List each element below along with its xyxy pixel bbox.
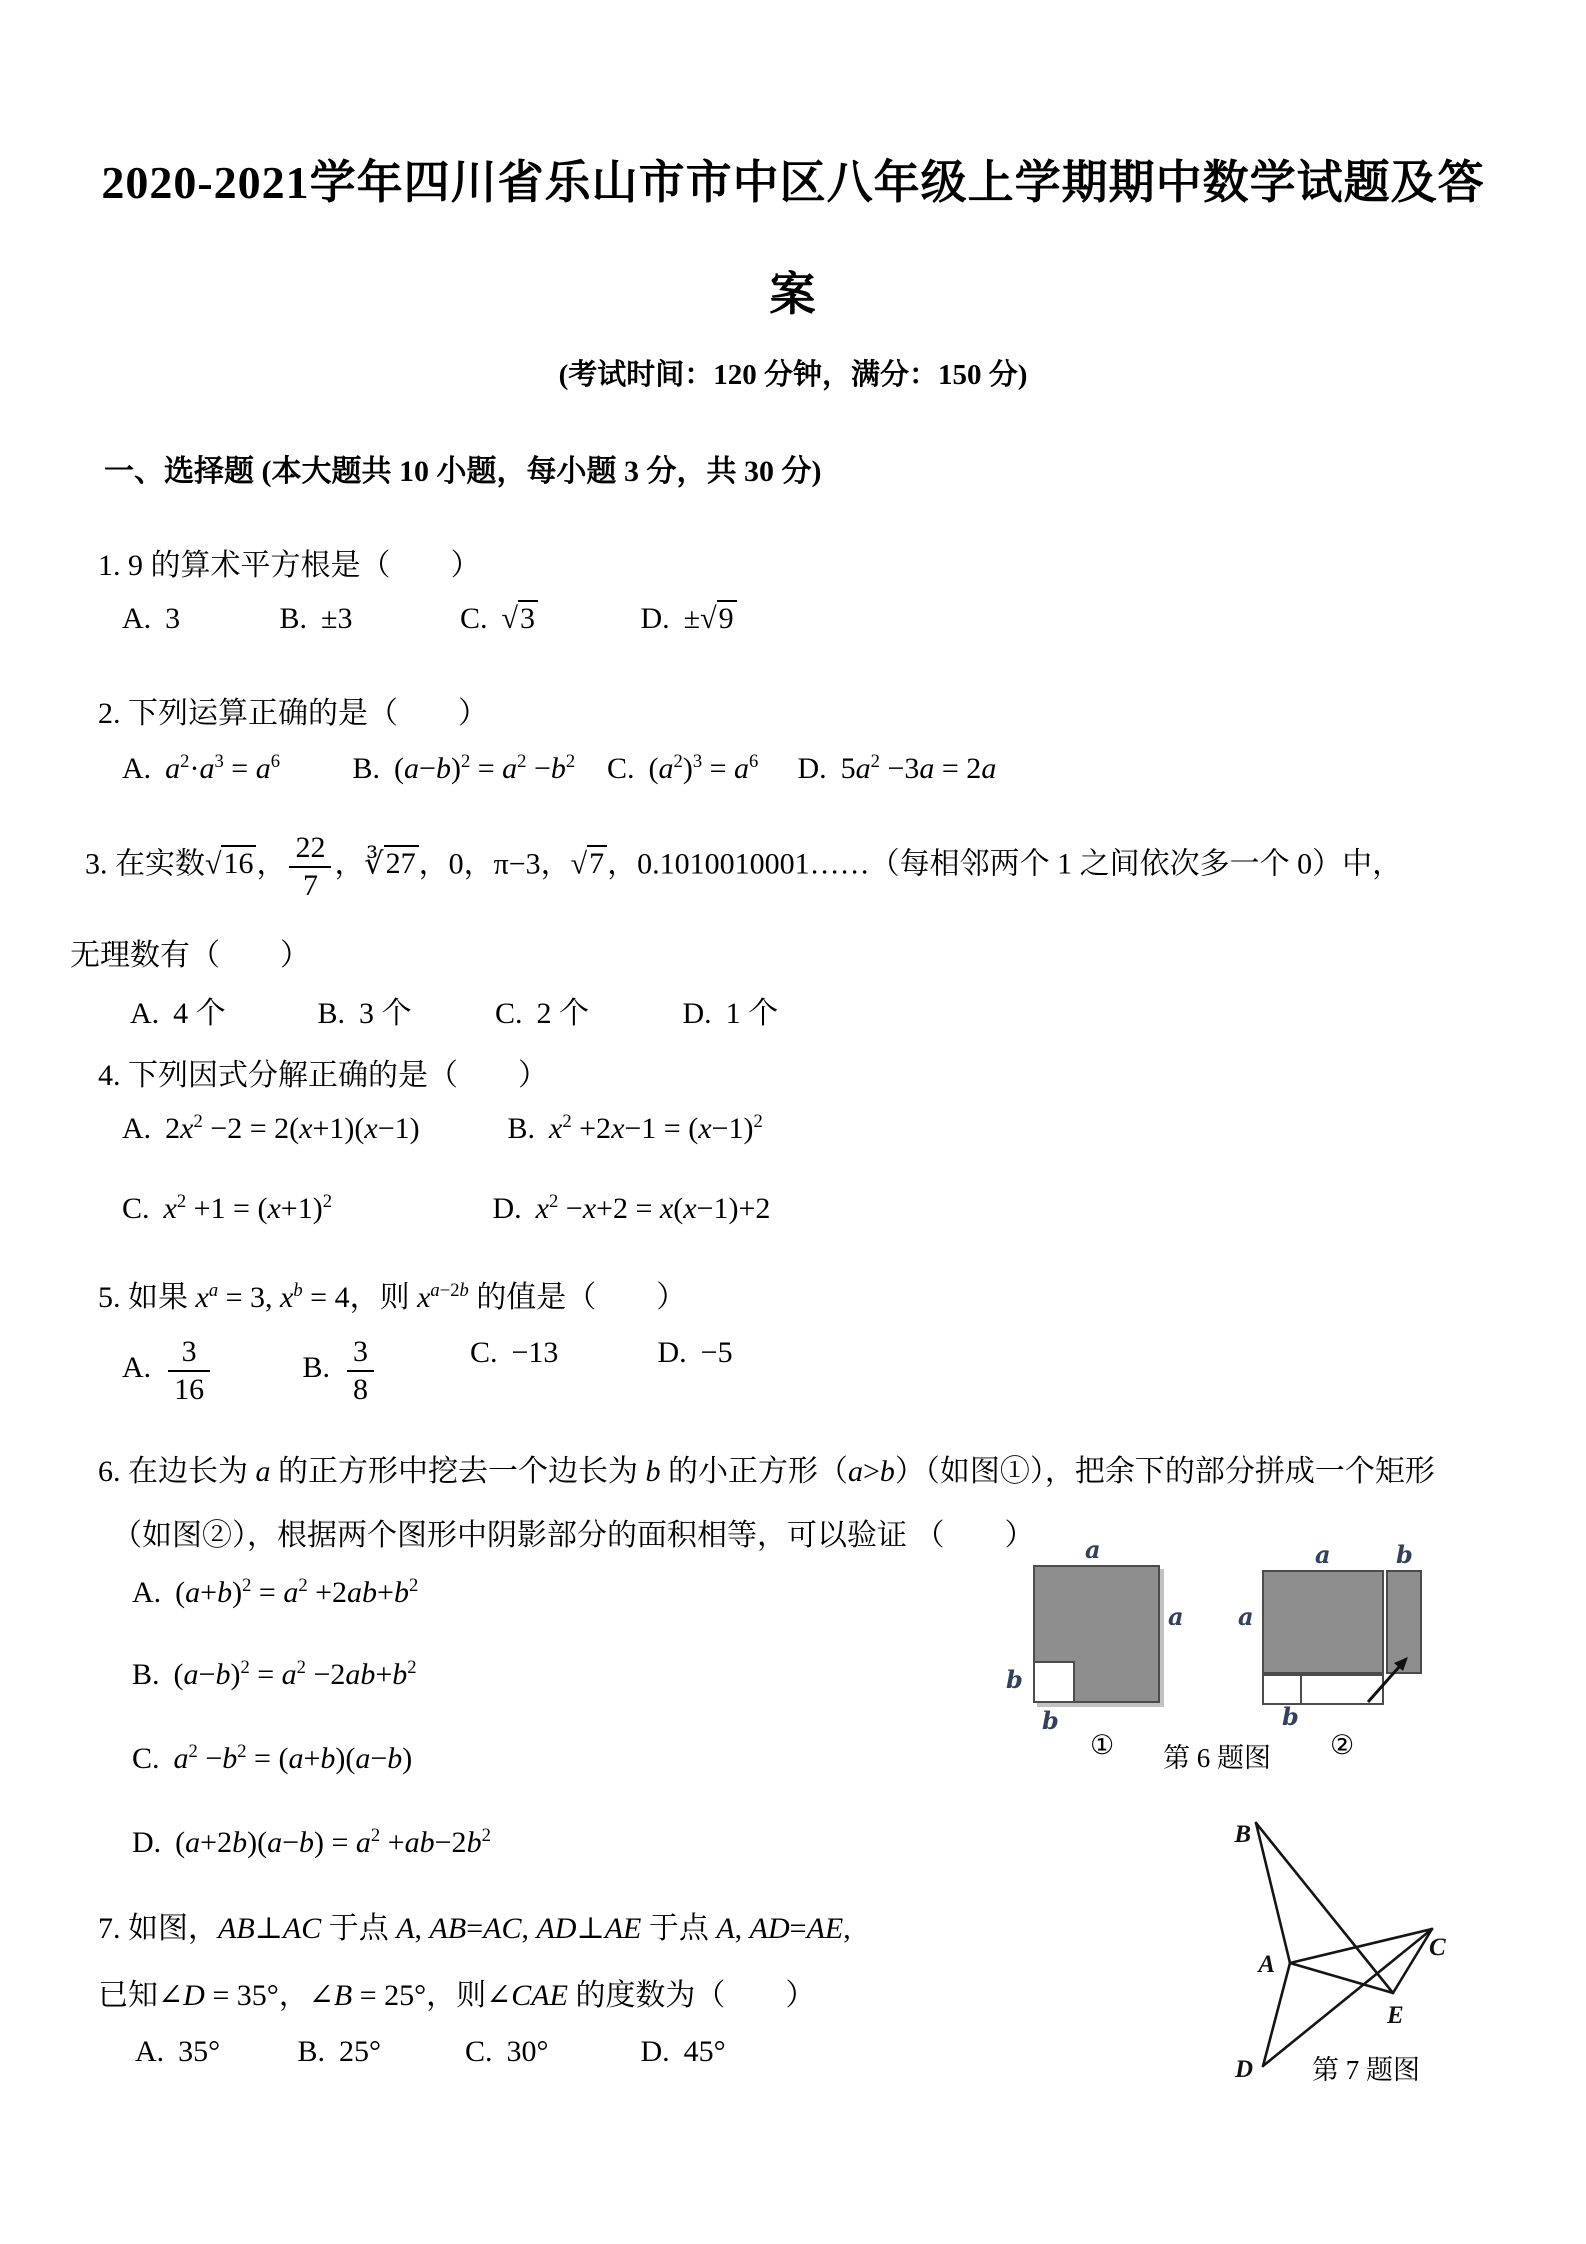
fig1-white-cutout-square (1033, 1661, 1075, 1703)
fig1-label-b-bottom: b (1042, 1706, 1059, 1735)
q7-geometry-figure: B A C E D (1205, 1795, 1465, 2085)
q2-option-a: A.a2·a3 = a6 (122, 752, 345, 786)
question-6-stem-line1: 6. 在边长为 a 的正方形中挖去一个边长为 b 的小正方形（a>b）（如图①）… (98, 1446, 1435, 1490)
exam-document-page: 2020-2021学年四川省乐山市市中区八年级上学期期中数学试题及答 案 (考试… (0, 0, 1586, 2244)
question-2-stem: 2. 下列运算正确的是（ ） (98, 688, 488, 732)
fig7-label-e: E (1386, 2002, 1404, 2029)
q5-option-a: A.316 (122, 1336, 295, 1405)
fig2-label-a-top: a (1315, 1540, 1331, 1569)
exam-info: (考试时间：120 分钟，满分：150 分) (0, 352, 1586, 393)
question-2-options: A.a2·a3 = a6 B.(a−b)2 = a2 −b2 C.(a2)3 =… (122, 752, 996, 786)
question-1-options: A.3 B.±3 C.√3 D.±√9 (122, 602, 737, 636)
q4-option-d: D.x2 −x+2 = x(x−1)+2 (493, 1192, 771, 1226)
q2-option-d: D.5a2 −3a = 2a (798, 752, 997, 786)
question-7-options: A.35° B.25° C.30° D.45° (135, 2035, 726, 2069)
fig1-label-a-right: a (1168, 1602, 1184, 1631)
fig7-label-a: A (1256, 1951, 1275, 1978)
q6-option-b: B.(a−b)2 = a2 −2ab+b2 (132, 1658, 417, 1692)
question-4-options-row1: A.2x2 −2 = 2(x+1)(x−1) B.x2 +2x−1 = (x−1… (122, 1112, 763, 1146)
question-4-stem: 4. 下列因式分解正确的是（ ） (98, 1050, 548, 1094)
q4-option-a: A.2x2 −2 = 2(x+1)(x−1) (122, 1112, 500, 1146)
question-3-stem-line2: 无理数有（ ） (70, 930, 310, 974)
question-3-stem-line1: 3. 在实数√16，227，∛27，0，π−3，√7，0.1010010001…… (85, 832, 1402, 901)
fig6-caption-circle1: ① (1090, 1730, 1114, 1761)
fig7-caption: 第 7 题图 (1312, 2048, 1420, 2087)
q6-option-d: D.(a+2b)(a−b) = a2 +ab−2b2 (132, 1826, 491, 1860)
q3-option-b: B.3 个 (318, 988, 488, 1032)
question-7-stem-line1: 7. 如图，AB⊥AC 于点 A, AB=AC, AD⊥AE 于点 A, AD=… (98, 1903, 851, 1947)
question-7-stem-line2: 已知∠D = 35°，∠B = 25°，则∠CAE 的度数为（ ） (98, 1970, 815, 2014)
q7-option-a: A.35° (135, 2035, 290, 2069)
q6-option-a: A.(a+b)2 = a2 +2ab+b2 (132, 1576, 418, 1610)
fig2-arrow (1360, 1646, 1418, 1708)
question-3-options: A.4 个 B.3 个 C.2 个 D.1 个 (130, 988, 778, 1032)
q7-option-d: D.45° (641, 2035, 726, 2069)
fig7-label-c: C (1429, 1934, 1446, 1961)
fig2-label-b-top: b (1396, 1540, 1413, 1569)
q5-option-b: B.38 (303, 1336, 463, 1405)
q6-option-c: C.a2 −b2 = (a+b)(a−b) (132, 1742, 412, 1776)
fig2-label-a-left: a (1238, 1602, 1254, 1631)
q7-option-b: B.25° (298, 2035, 458, 2069)
question-5-stem: 5. 如果 xa = 3, xb = 4，则 xa−2b 的值是（ ） (98, 1272, 686, 1316)
fig7-label-b: B (1233, 1821, 1251, 1848)
q1-option-d: D.±√9 (641, 602, 737, 636)
page-title-line2: 案 (0, 258, 1586, 324)
question-1-stem: 1. 9 的算术平方根是（ ） (98, 540, 481, 584)
question-4-options-row2: C.x2 +1 = (x+1)2 D.x2 −x+2 = x(x−1)+2 (122, 1192, 770, 1226)
q1-option-a: A.3 (122, 602, 272, 636)
section-1-header: 一、选择题 (本大题共 10 小题，每小题 3 分，共 30 分) (104, 446, 821, 490)
fig2-white-square (1262, 1674, 1302, 1705)
q3-option-c: C.2 个 (495, 988, 675, 1032)
question-5-options: A.316 B.38 C.−13 D.−5 (122, 1336, 733, 1405)
page-title-line1: 2020-2021学年四川省乐山市市中区八年级上学期期中数学试题及答 (0, 146, 1586, 212)
fig6-caption-circle2: ② (1330, 1730, 1354, 1761)
q3-option-a: A.4 个 (130, 988, 310, 1032)
q2-option-c: C.(a2)3 = a6 (607, 752, 790, 786)
fig2-label-b-bottom: b (1282, 1702, 1299, 1731)
fig1-label-b-left: b (1006, 1665, 1023, 1694)
q4-option-c: C.x2 +1 = (x+1)2 (122, 1192, 485, 1226)
q5-option-d: D.−5 (658, 1336, 733, 1370)
q3-option-d: D.1 个 (683, 988, 779, 1032)
q5-option-c: C.−13 (470, 1336, 650, 1370)
fig7-label-d: D (1234, 2056, 1253, 2083)
question-6-stem-line2: （如图②），根据两个图形中阴影部分的面积相等，可以验证 （ ） (112, 1510, 1035, 1554)
q7-option-c: C.30° (465, 2035, 633, 2069)
fig6-caption: 第 6 题图 (1163, 1736, 1271, 1775)
q1-option-b: B.±3 (280, 602, 453, 636)
q2-option-b: B.(a−b)2 = a2 −b2 (353, 752, 600, 786)
fig1-label-a-top: a (1085, 1535, 1101, 1564)
q1-option-c: C.√3 (460, 602, 633, 636)
q4-option-b: B.x2 +2x−1 = (x−1)2 (508, 1112, 763, 1146)
